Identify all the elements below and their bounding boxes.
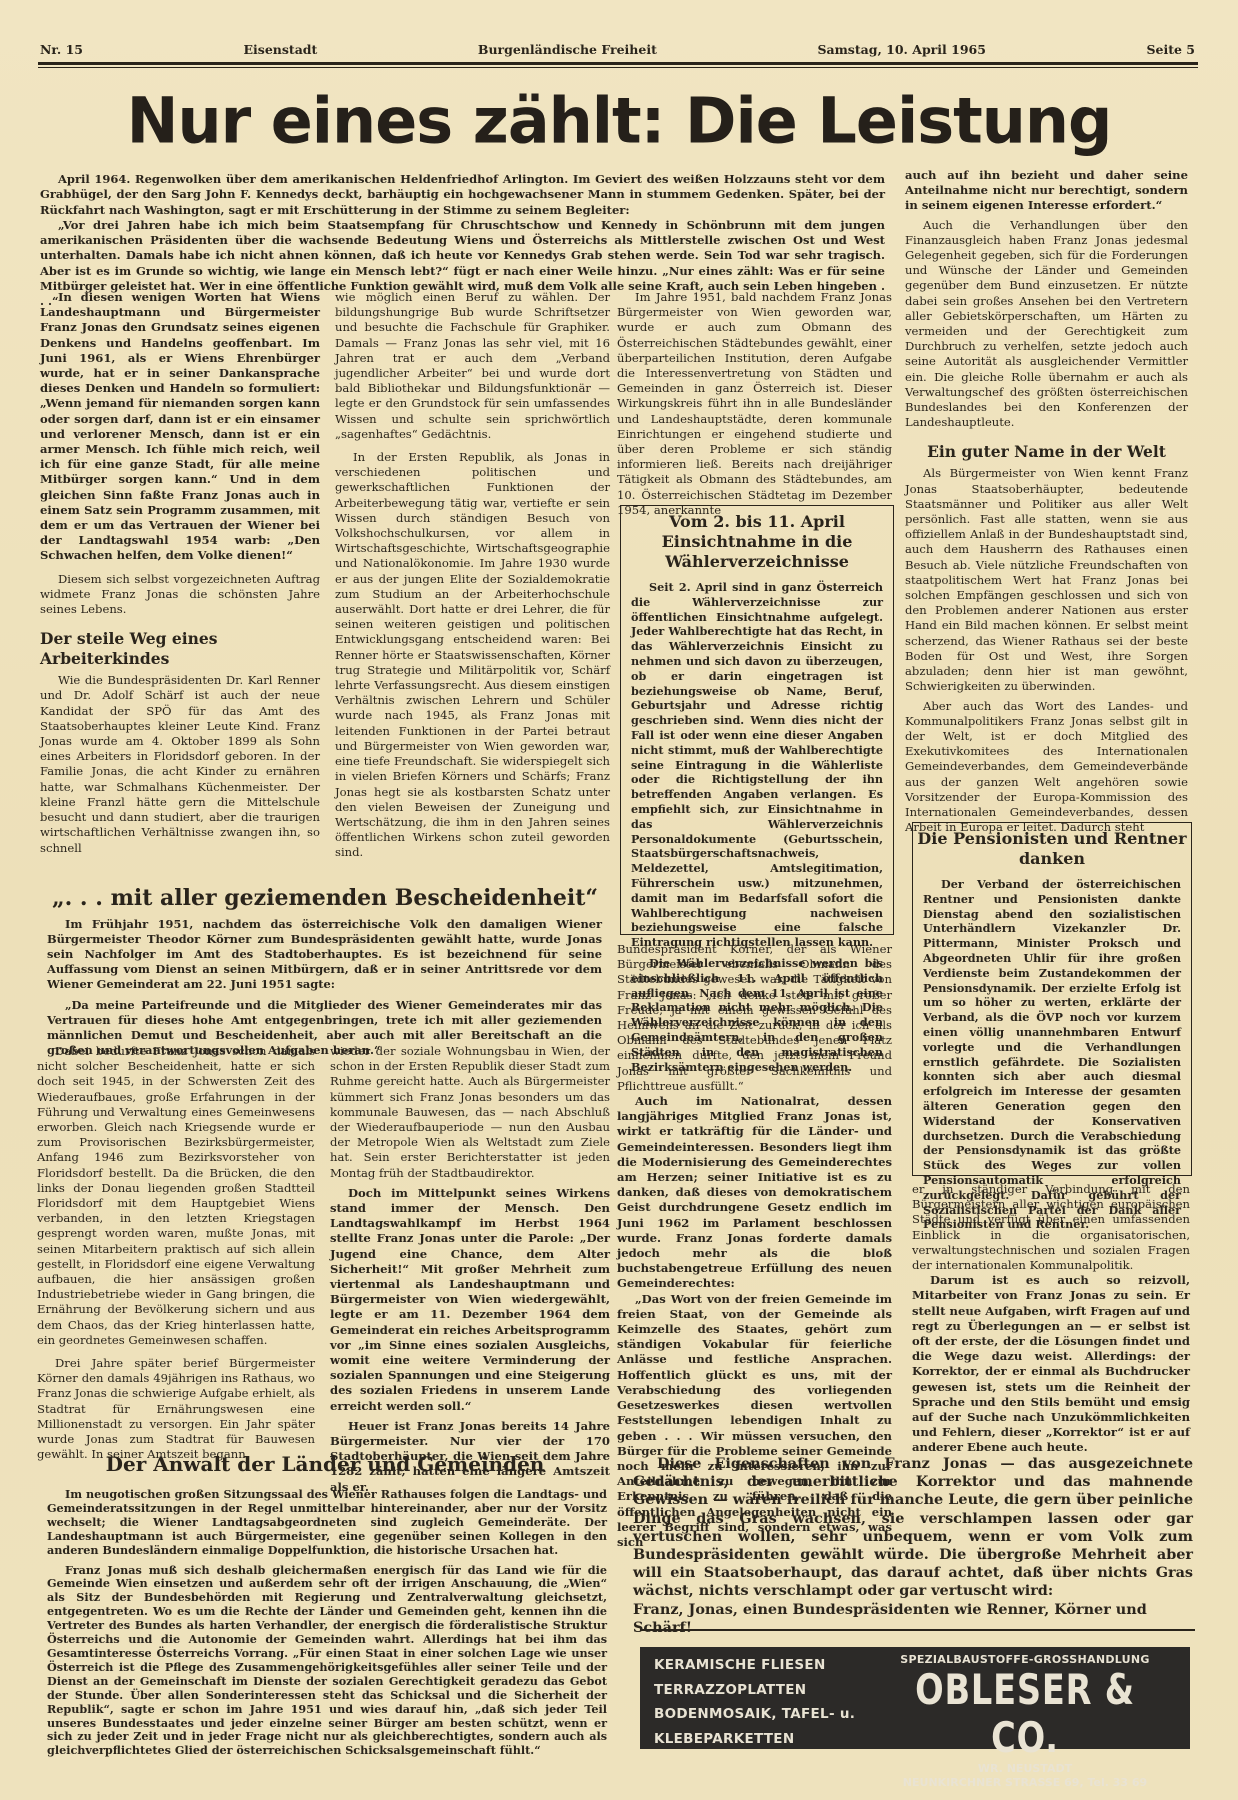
column-2: wie möglich einen Beruf zu wählen. Der b… — [335, 290, 610, 861]
col2-paragraph-2: In der Ersten Republik, als Jonas in ver… — [335, 450, 610, 860]
pensioners-box-title: Die Pensionisten und Rentner danken — [917, 829, 1187, 869]
col4-paragraph-3: Als Bürgermeister von Wien kennt Franz J… — [905, 466, 1188, 694]
pensioners-paragraph: Der Verband der österreichischen Rentner… — [923, 877, 1181, 1232]
col4-paragraph-1: auch auf ihn bezieht und daher seine Ant… — [905, 168, 1188, 214]
closing-statement: Diese Eigenschaften von Franz Jonas — da… — [633, 1455, 1193, 1637]
col3b-paragraph-1: Bundespräsident Körner, der als Wiener B… — [617, 942, 892, 1094]
subhead-bescheidenheit: „. . . mit aller geziemenden Bescheidenh… — [40, 884, 610, 912]
masthead: Nr. 15 Eisenstadt Burgenländische Freihe… — [40, 42, 1195, 64]
publication-date: Samstag, 10. April 1965 — [817, 42, 985, 64]
advert-product-list: KERAMISCHE FLIESEN TERRAZZOPLATTEN BODEN… — [654, 1653, 855, 1751]
notice-box-title: Vom 2. bis 11. April Einsichtnahme in di… — [625, 512, 889, 572]
subhead-guter-name: Ein guter Name in der Welt — [905, 442, 1188, 462]
column-4-continued: er in ständiger Verbindung mit den Bürge… — [912, 1182, 1190, 1456]
subhead-anwalt: Der Anwalt der Länder und Gemeinden — [40, 1451, 610, 1477]
masthead-rule-thin — [38, 67, 1198, 68]
col3b-paragraph-2: Auch im Nationalrat, dessen langjähriges… — [617, 1094, 892, 1292]
advert-line: TERRAZZOPLATTEN — [654, 1678, 855, 1703]
col3-paragraph-1: Im Jahre 1951, bald nachdem Franz Jonas … — [617, 290, 892, 518]
bescheidenheit-left-column: Dabei bedurfte Franz Jonas schon damals … — [37, 1044, 315, 1462]
headline: Nur eines zählt: Die Leistung — [30, 85, 1208, 156]
advert-line: KLEBEPARKETTEN — [654, 1727, 855, 1752]
lead-text-1: April 1964. Regenwolken über dem amerika… — [40, 172, 885, 218]
col1-paragraph-1: In diesen wenigen Worten hat Wiens Lande… — [40, 290, 320, 564]
advert-company: SPEZIALBAUSTOFFE-GROSSHANDLUNG OBLESER &… — [865, 1653, 1185, 1790]
notice-paragraph-1: Seit 2. April sind in ganz Österreich di… — [631, 580, 883, 950]
column-3: Im Jahre 1951, bald nachdem Franz Jonas … — [617, 290, 892, 518]
advert-line: BODENMOSAIK, TAFEL- u. — [654, 1702, 855, 1727]
closing-slogan: Franz, Jonas, einen Bundespräsidenten wi… — [633, 1601, 1193, 1637]
advert-separator — [640, 1629, 1195, 1631]
col1-paragraph-3: Wie die Bundespräsidenten Dr. Karl Renne… — [40, 673, 320, 855]
col2-paragraph-1: wie möglich einen Beruf zu wählen. Der b… — [335, 290, 610, 442]
bescheidenheit-right-column: wieder der soziale Wohnungsbau in Wien, … — [330, 1044, 610, 1495]
advert-address: NEUNKIRCHNER STRASSE 69, Tel. 33 69 — [865, 1776, 1185, 1790]
bescheidenheit-right-2: Doch im Mittelpunkt seines Wirkens stand… — [330, 1186, 610, 1414]
anwalt-paragraph-1: Im neugotischen großen Sitzungssaal des … — [47, 1488, 607, 1558]
closing-paragraph: Diese Eigenschaften von Franz Jonas — da… — [633, 1455, 1193, 1601]
notice-box-voter-register: Vom 2. bis 11. April Einsichtnahme in di… — [620, 505, 894, 935]
col4-paragraph-2: Auch die Verhandlungen über den Finanzau… — [905, 218, 1188, 431]
subhead-arbeiterkind: Der steile Weg eines Arbeiterkindes — [40, 629, 320, 669]
advert-brand: OBLESER & CO. — [897, 1666, 1153, 1762]
bescheidenheit-right-1: wieder der soziale Wohnungsbau in Wien, … — [330, 1044, 610, 1181]
bescheidenheit-left-1: Dabei bedurfte Franz Jonas schon damals … — [37, 1044, 315, 1348]
col1-paragraph-2: Diesem sich selbst vorgezeichneten Auftr… — [40, 572, 320, 618]
anwalt-paragraph-2: Franz Jonas muß sich deshalb gleichermaß… — [47, 1564, 607, 1759]
newspaper-page: Nr. 15 Eisenstadt Burgenländische Freihe… — [0, 0, 1238, 1800]
column-4: auch auf ihn bezieht und daher seine Ant… — [905, 168, 1188, 835]
bescheidenheit-intro-text: Im Frühjahr 1951, nachdem das österreich… — [47, 917, 602, 992]
column-1: In diesen wenigen Worten hat Wiens Lande… — [40, 290, 320, 856]
newspaper-name: Burgenländische Freiheit — [478, 42, 657, 64]
issue-number: Nr. 15 — [40, 42, 83, 64]
advert-city: WR. NEUSTADT — [865, 1762, 1185, 1776]
masthead-place: Eisenstadt — [244, 42, 318, 64]
page-number: Seite 5 — [1146, 42, 1195, 64]
pensioners-box-body: Der Verband der österreichischen Rentner… — [913, 877, 1191, 1232]
anwalt-section: Im neugotischen großen Sitzungssaal des … — [47, 1488, 607, 1758]
masthead-rule — [38, 62, 1198, 65]
bescheidenheit-intro: Im Frühjahr 1951, nachdem das österreich… — [47, 917, 602, 1058]
col4b-paragraph-2: Darum ist es auch so reizvoll, Mitarbeit… — [912, 1273, 1190, 1455]
col4-paragraph-4: Aber auch das Wort des Landes- und Kommu… — [905, 699, 1188, 836]
bescheidenheit-left-2: Drei Jahre später berief Bürgermeister K… — [37, 1356, 315, 1462]
notice-box-pensioners: Die Pensionisten und Rentner danken Der … — [912, 822, 1192, 1176]
advert-line: KERAMISCHE FLIESEN — [654, 1653, 855, 1678]
col4b-paragraph-1: er in ständiger Verbindung mit den Bürge… — [912, 1182, 1190, 1273]
advertisement-obleser: KERAMISCHE FLIESEN TERRAZZOPLATTEN BODEN… — [640, 1647, 1190, 1749]
